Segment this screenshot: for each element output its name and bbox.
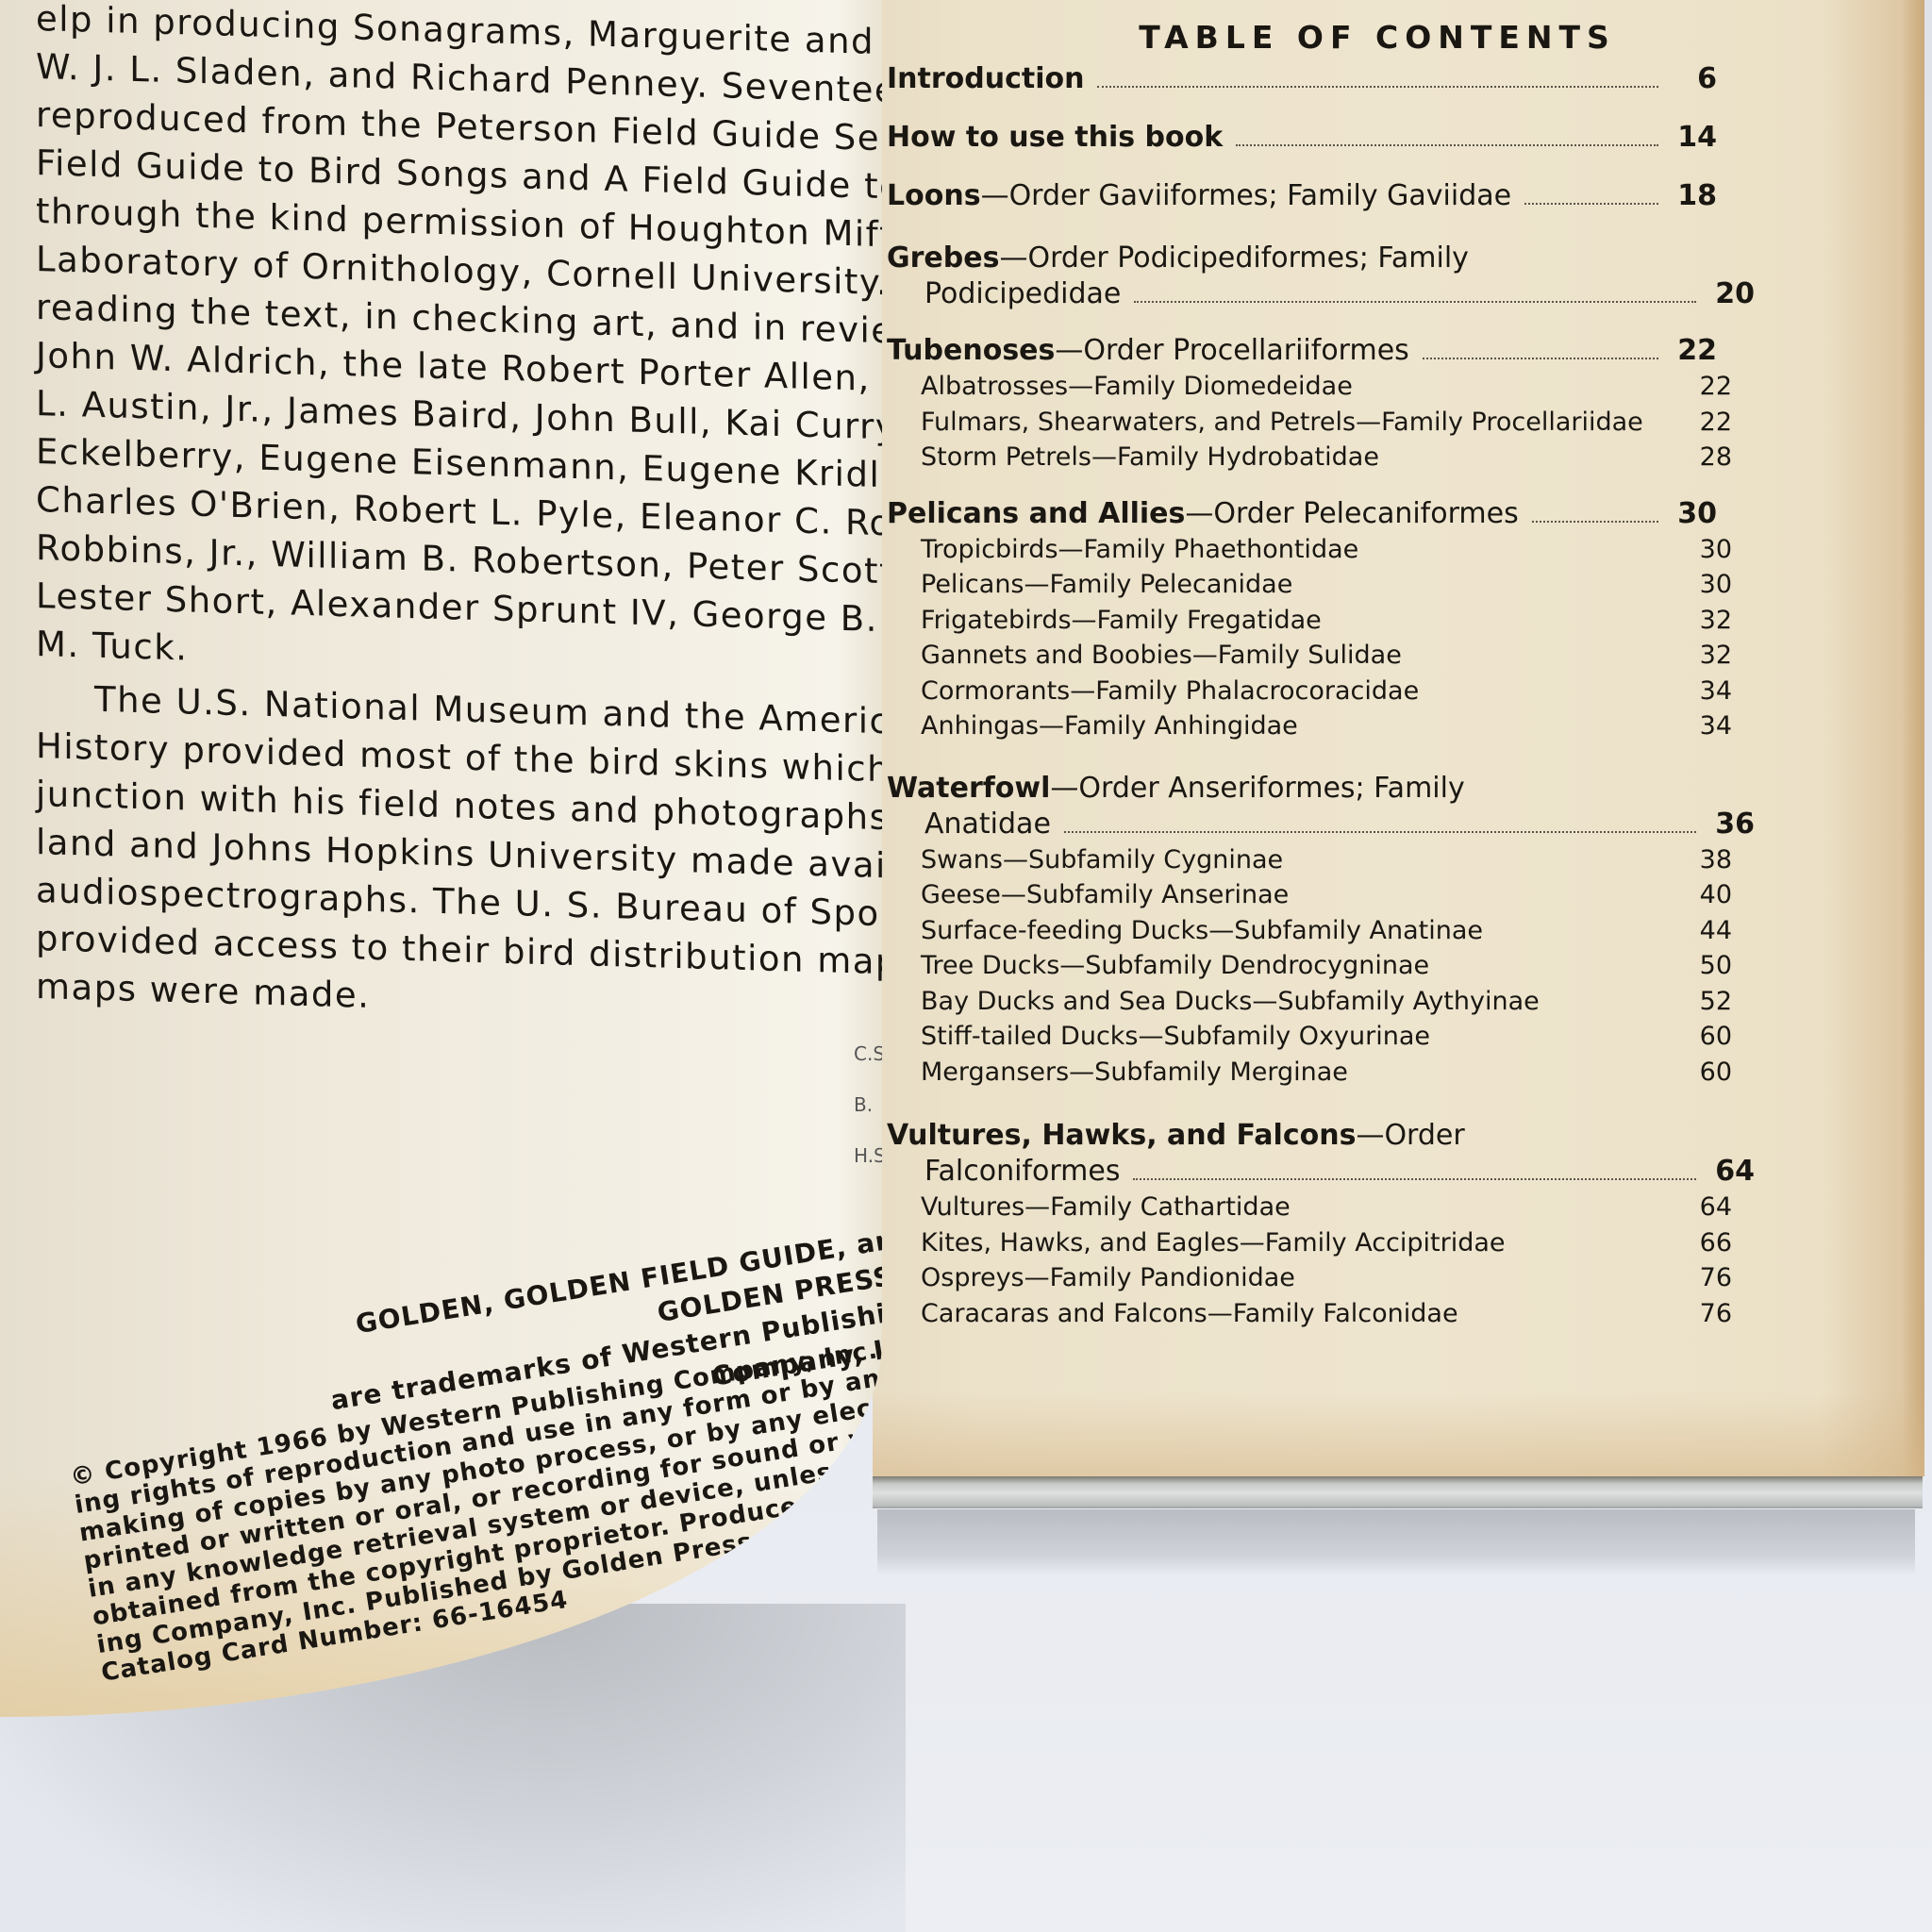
dot-leader <box>1133 1177 1696 1180</box>
dot-leader <box>1532 520 1658 523</box>
page-number: 22 <box>1672 333 1717 369</box>
toc-subentry[interactable]: Tree Ducks—Subfamily Dendrocygninae50 <box>887 948 1732 984</box>
toc-section-waterfowl: Waterfowl—Order Anseriformes; Family Ana… <box>887 771 1736 1091</box>
page-number: 18 <box>1672 178 1717 214</box>
toc-section-raptors: Vultures, Hawks, and Falcons—Order Falco… <box>887 1118 1736 1331</box>
acrylic-stand <box>873 1476 1923 1508</box>
toc-subentry[interactable]: Albatrosses—Family Diomedeidae22 <box>887 369 1732 405</box>
toc-entry-how-to-use[interactable]: How to use this book 14 <box>887 120 1717 156</box>
dot-leader <box>1064 830 1696 833</box>
page-number: 20 <box>1709 276 1755 312</box>
page-number: 36 <box>1709 807 1755 842</box>
toc-section-tubenoses: Tubenoses—Order Procellariiformes 22 Alb… <box>887 333 1736 475</box>
dot-leader <box>1236 143 1658 146</box>
page-number: 30 <box>1672 496 1717 532</box>
dot-leader <box>1097 85 1658 88</box>
dot-leader <box>1423 357 1658 359</box>
page-number: 6 <box>1672 61 1717 97</box>
page-number: 14 <box>1672 120 1717 156</box>
toc-subentry[interactable]: Frigatebirds—Family Fregatidae32 <box>887 603 1732 639</box>
toc-subentry[interactable]: Anhingas—Family Anhingidae34 <box>887 708 1732 744</box>
toc-entry-waterfowl[interactable]: Waterfowl—Order Anseriformes; Family <box>887 771 1736 807</box>
toc-subentry[interactable]: Kites, Hawks, and Eagles—Family Accipitr… <box>887 1225 1732 1261</box>
toc-subentry[interactable]: Cormorants—Family Phalacrocoracidae34 <box>887 674 1732 709</box>
toc-entry-vultures-hawks-falcons[interactable]: Vultures, Hawks, and Falcons—Order <box>887 1118 1736 1154</box>
page-number: 64 <box>1709 1154 1755 1190</box>
toc-subentry[interactable]: Swans—Subfamily Cygninae38 <box>887 842 1732 878</box>
museum-paragraph: The U.S. National Museum and the America… <box>36 674 882 1037</box>
page-bottom-tone <box>873 1391 1924 1476</box>
toc-subentry[interactable]: Bay Ducks and Sea Ducks—Subfamily Aythyi… <box>887 984 1732 1020</box>
toc-subentry[interactable]: Pelicans—Family Pelecanidae30 <box>887 567 1732 603</box>
table-of-contents: TABLE OF CONTENTS Introduction 6 How to … <box>887 19 1736 1331</box>
toc-entry-loons[interactable]: Loons—Order Gaviiformes; Family Gaviidae… <box>887 178 1717 214</box>
dot-leader <box>1524 202 1658 205</box>
toc-subentry[interactable]: Surface-feeding Ducks—Subfamily Anatinae… <box>887 913 1732 949</box>
toc-title: TABLE OF CONTENTS <box>1019 19 1736 56</box>
dot-leader <box>1134 300 1696 303</box>
toc-subentry[interactable]: Caracaras and Falcons—Family Falconidae7… <box>887 1296 1732 1332</box>
toc-subentry[interactable]: Gannets and Boobies—Family Sulidae32 <box>887 638 1732 674</box>
toc-subentry[interactable]: Vultures—Family Cathartidae64 <box>887 1190 1732 1225</box>
toc-section-pelicans: Pelicans and Allies—Order Pelecaniformes… <box>887 496 1736 744</box>
toc-subentry[interactable]: Ospreys—Family Pandionidae76 <box>887 1260 1732 1296</box>
signature-initials: C.S. B. H.S. <box>854 1028 882 1181</box>
toc-subentry[interactable]: Stiff-tailed Ducks—Subfamily Oxyurinae60 <box>887 1019 1732 1055</box>
toc-entry-introduction[interactable]: Introduction 6 <box>887 61 1717 97</box>
page-edge-stain <box>1902 0 1924 1476</box>
stand-shadow <box>877 1509 1915 1575</box>
toc-subentry[interactable]: Geese—Subfamily Anserinae40 <box>887 877 1732 913</box>
toc-entry-pelicans-and-allies[interactable]: Pelicans and Allies—Order Pelecaniformes… <box>887 496 1717 532</box>
toc-entry-grebes[interactable]: Grebes—Order Podicipediformes; Family Po… <box>887 241 1736 312</box>
toc-subentry[interactable]: Fulmars, Shearwaters, and Petrels—Family… <box>887 405 1732 441</box>
toc-entry-tubenoses[interactable]: Tubenoses—Order Procellariiformes 22 <box>887 333 1717 369</box>
toc-subentry[interactable]: Storm Petrels—Family Hydrobatidae28 <box>887 440 1732 475</box>
acknowledgments-text: elp in producing Sonagrams, Marguerite a… <box>36 0 882 1037</box>
toc-subentry[interactable]: Tropicbirds—Family Phaethontidae30 <box>887 532 1732 568</box>
toc-subentry[interactable]: Mergansers—Subfamily Merginae60 <box>887 1055 1732 1091</box>
left-page: elp in producing Sonagrams, Marguerite a… <box>0 0 882 1717</box>
